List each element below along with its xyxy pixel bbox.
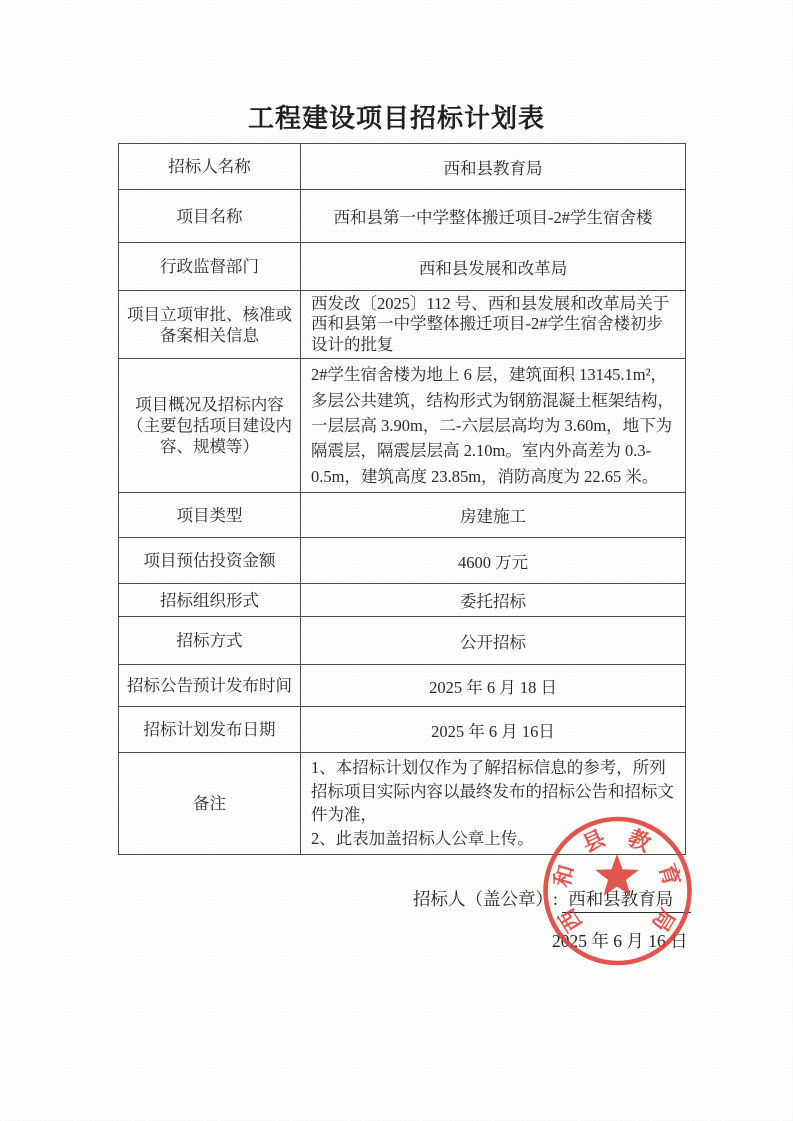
table-row: 项目预估投资金额 4600 万元: [119, 538, 686, 584]
signer-name: 西和县教育局: [562, 886, 691, 913]
row-value: 2025 年 6 月 18 日: [301, 665, 686, 707]
table-row: 招标方式 公开招标: [119, 617, 686, 665]
row-value: 公开招标: [301, 617, 686, 665]
table-row: 招标计划发布日期 2025 年 6 月 16日: [119, 707, 686, 753]
row-label: 项目预估投资金额: [119, 538, 301, 584]
row-label: 招标方式: [119, 617, 301, 665]
row-label: 招标公告预计发布时间: [119, 665, 301, 707]
row-label: 项目名称: [119, 190, 301, 243]
row-value: 西和县第一中学整体搬迁项目-2#学生宿舍楼: [301, 190, 686, 243]
table-row: 备注 1、本招标计划仅作为了解招标信息的参考，所列招标项目实际内容以最终发布的招…: [119, 753, 686, 854]
row-label: 项目类型: [119, 493, 301, 538]
row-label: 项目立项审批、核准或备案相关信息: [119, 291, 301, 359]
scanned-document-page: 工程建设项目招标计划表 招标人名称 西和县教育局 项目名称 西和县第一中学整体搬…: [0, 0, 793, 1121]
table-row: 招标公告预计发布时间 2025 年 6 月 18 日: [119, 665, 686, 707]
table-row: 行政监督部门 西和县发展和改革局: [119, 243, 686, 291]
row-label: 招标人名称: [119, 144, 301, 190]
page-title: 工程建设项目招标计划表: [0, 98, 793, 135]
table-row: 项目立项审批、核准或备案相关信息 西发改〔2025〕112 号、西和县发展和改革…: [119, 291, 686, 359]
seal-char: 育: [654, 861, 684, 889]
signature-date: 2025 年 6 月 16 日: [552, 928, 688, 953]
row-label: 项目概况及招标内容（主要包括项目建设内容、规模等）: [119, 359, 301, 493]
row-value: 委托招标: [301, 584, 686, 617]
table-row: 项目概况及招标内容（主要包括项目建设内容、规模等） 2#学生宿舍楼为地上 6 层…: [119, 359, 686, 493]
table-row: 项目类型 房建施工: [119, 493, 686, 538]
row-value: 4600 万元: [301, 538, 686, 584]
row-value: 西和县教育局: [301, 144, 686, 190]
row-value: 西和县发展和改革局: [301, 243, 686, 291]
row-value: 房建施工: [301, 493, 686, 538]
bidding-plan-table: 招标人名称 西和县教育局 项目名称 西和县第一中学整体搬迁项目-2#学生宿舍楼 …: [118, 143, 686, 855]
row-value: 2#学生宿舍楼为地上 6 层，建筑面积 13145.1m²，多层公共建筑，结构形…: [301, 359, 686, 493]
signer-line: 招标人（盖公章）: 西和县教育局: [413, 886, 691, 913]
table-row: 项目名称 西和县第一中学整体搬迁项目-2#学生宿舍楼: [119, 190, 686, 243]
table-row: 招标组织形式 委托招标: [119, 584, 686, 617]
row-value: 2025 年 6 月 16日: [301, 707, 686, 753]
row-label: 招标计划发布日期: [119, 707, 301, 753]
table-row: 招标人名称 西和县教育局: [119, 144, 686, 190]
row-label: 备注: [119, 753, 301, 854]
signer-label: 招标人（盖公章）:: [413, 889, 558, 909]
row-value: 西发改〔2025〕112 号、西和县发展和改革局关于西和县第一中学整体搬迁项目-…: [301, 291, 686, 359]
row-label: 行政监督部门: [119, 243, 301, 291]
row-value: 1、本招标计划仅作为了解招标信息的参考，所列招标项目实际内容以最终发布的招标公告…: [301, 753, 686, 854]
row-label: 招标组织形式: [119, 584, 301, 617]
